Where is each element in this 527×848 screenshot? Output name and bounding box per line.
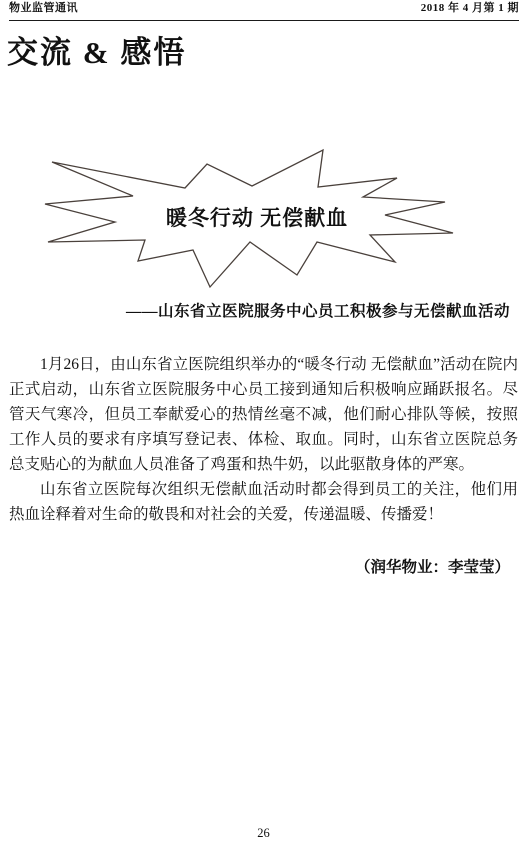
paragraph-1: 1月26日，由山东省立医院组织举办的“暖冬行动 无偿献血”活动在院内正式启动，山… bbox=[9, 352, 518, 477]
header-publication-name: 物业监管通讯 bbox=[9, 0, 78, 16]
article-body: 1月26日，由山东省立医院组织举办的“暖冬行动 无偿献血”活动在院内正式启动，山… bbox=[9, 352, 518, 527]
section-title: 交流 & 感悟 bbox=[7, 30, 186, 76]
starburst-slogan: 暖冬行动 无偿献血 bbox=[97, 202, 417, 232]
author-attribution: （润华物业：李莹莹） bbox=[9, 555, 510, 577]
page-header: 物业监管通讯 2018 年 4 月第 1 期 bbox=[9, 0, 519, 21]
header-issue-label: 2018 年 4 月第 1 期 bbox=[421, 0, 519, 16]
paragraph-2: 山东省立医院每次组织无偿献血活动时都会得到员工的关注，他们用热血诠释着对生命的敬… bbox=[9, 477, 518, 527]
article-subtitle: ——山东省立医院服务中心员工积极参与无偿献血活动 bbox=[9, 299, 510, 321]
document-page: 物业监管通讯 2018 年 4 月第 1 期 交流 & 感悟 暖冬行动 无偿献血… bbox=[0, 0, 527, 848]
starburst-callout: 暖冬行动 无偿献血 bbox=[0, 135, 527, 305]
page-number: 26 bbox=[0, 826, 527, 841]
